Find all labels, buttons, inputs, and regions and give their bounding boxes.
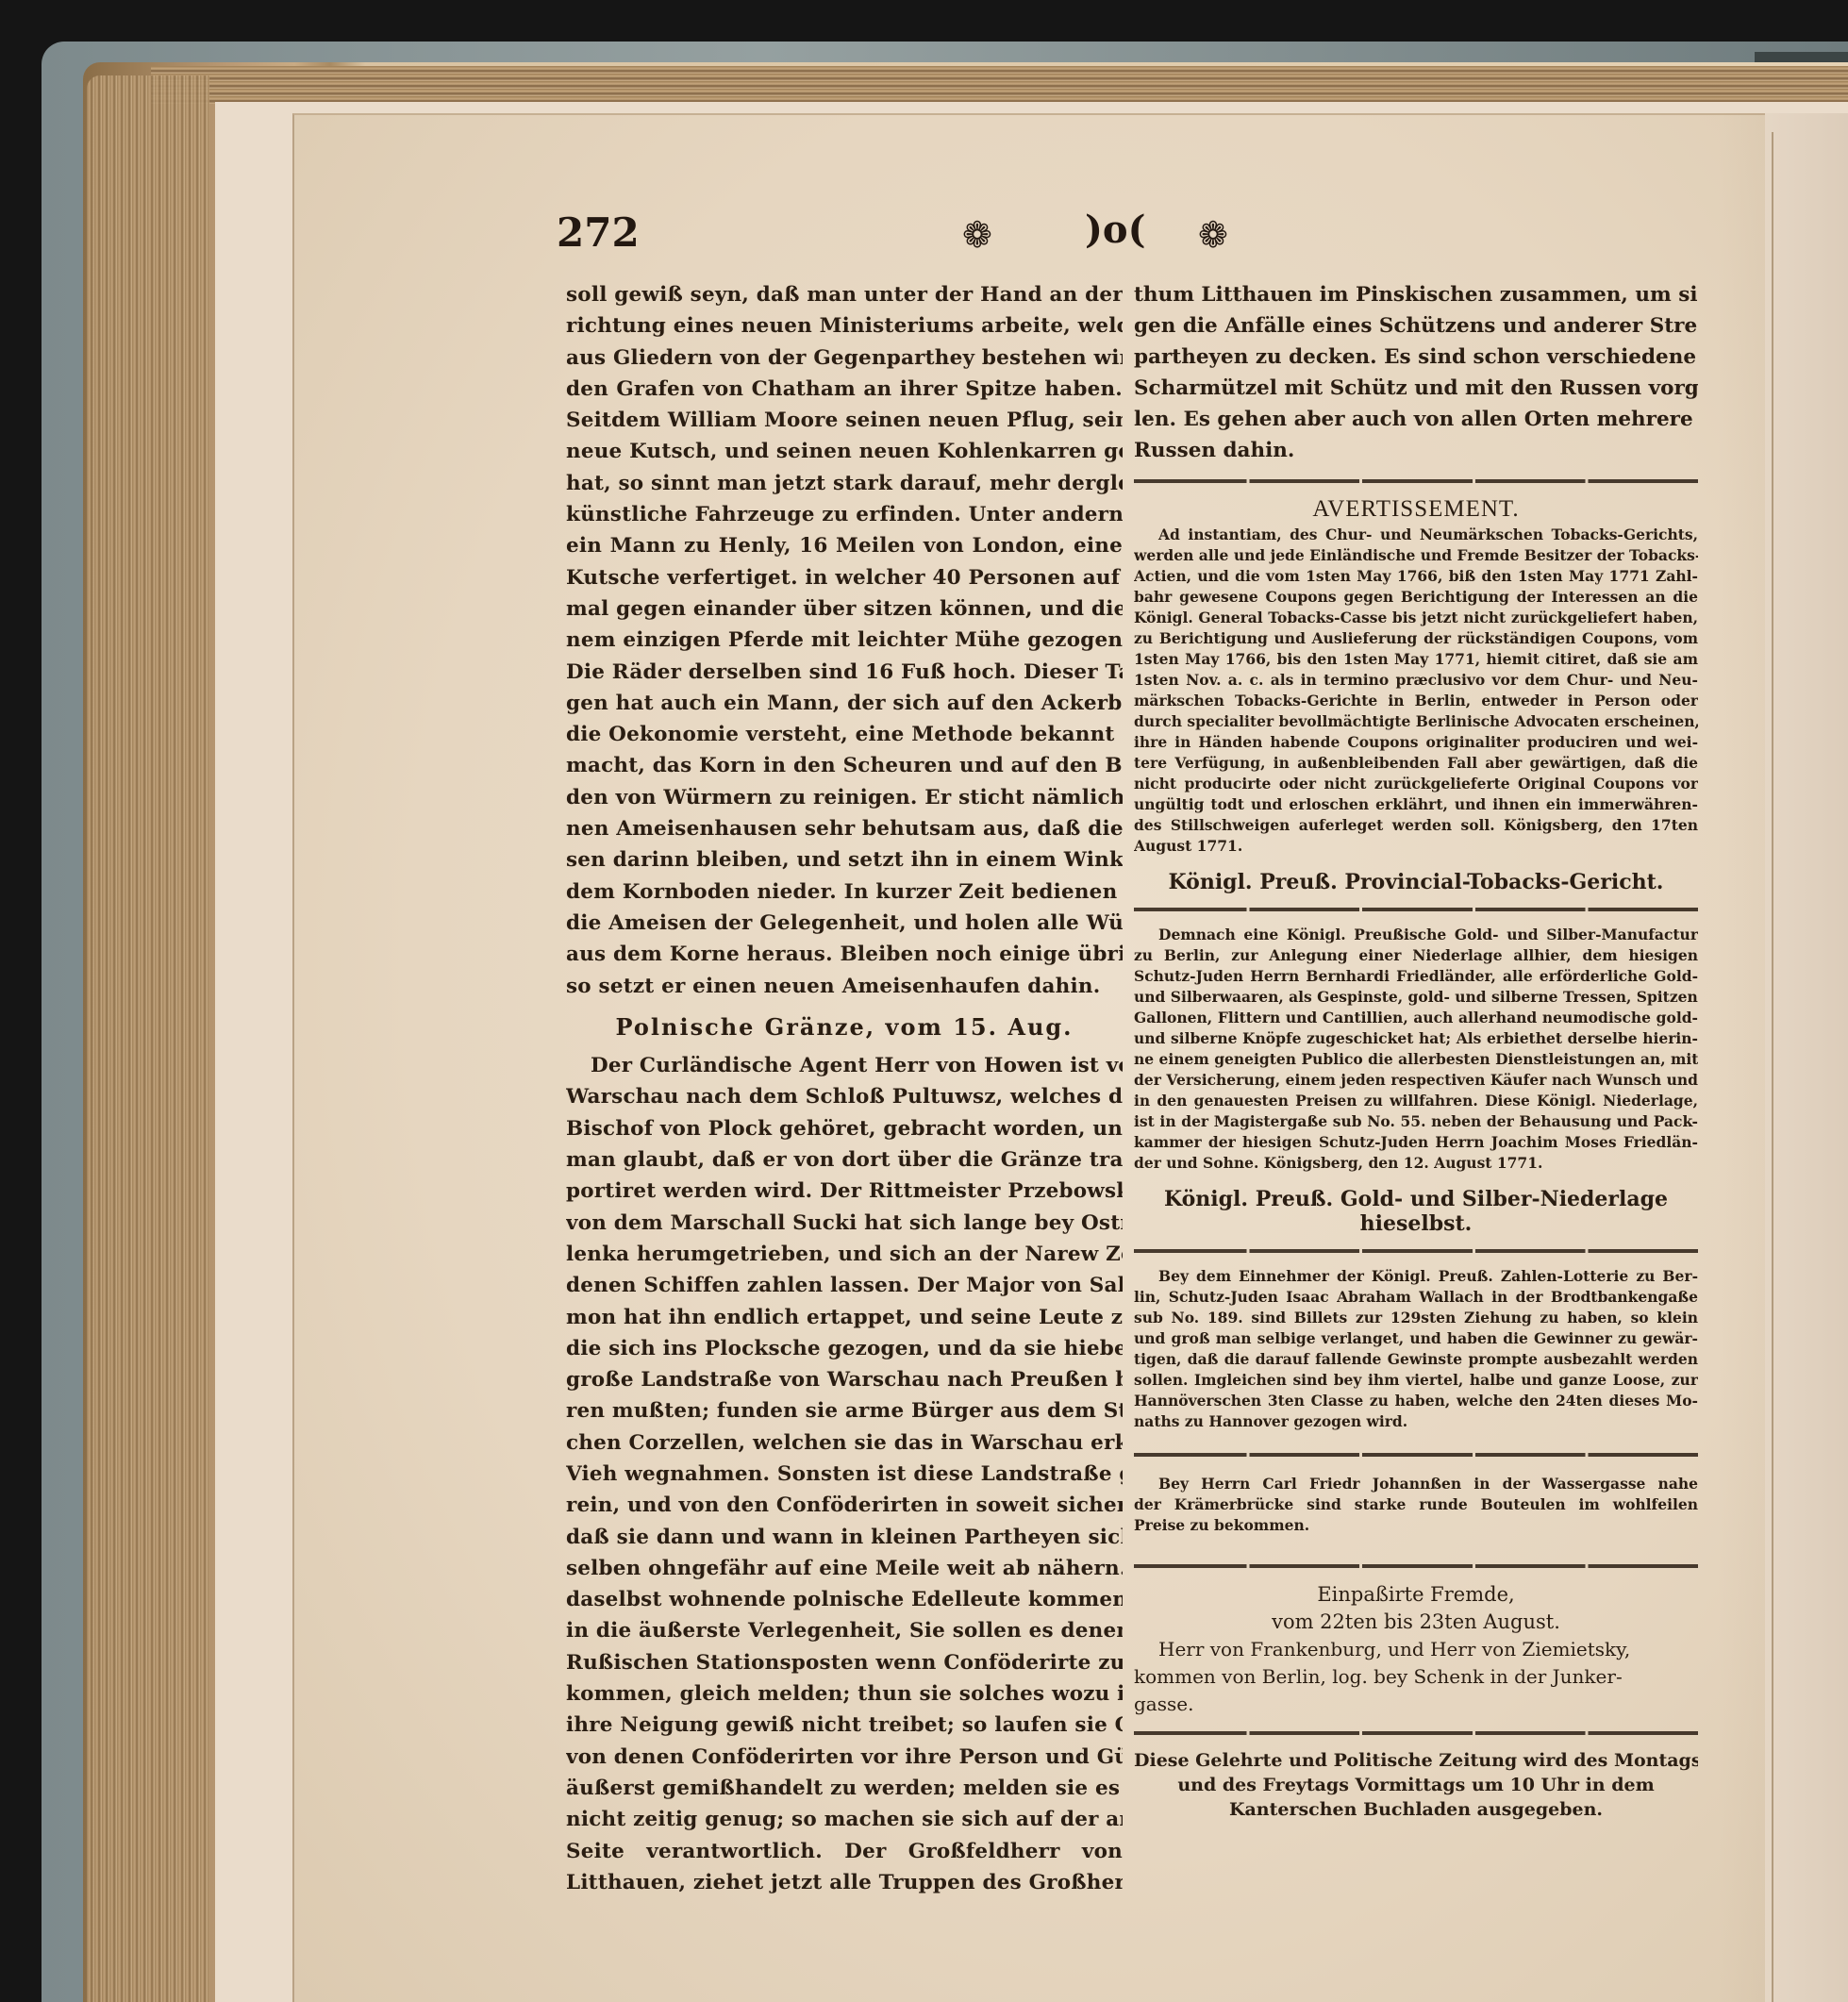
text-line: und silberne Knöpfe zugeschicket hat; Al… [1134, 1028, 1698, 1049]
text-line: kommen, gleich melden; thun sie solches … [566, 1678, 1123, 1710]
text-line: ungültig todt und erloschen erklährt, un… [1134, 794, 1698, 815]
text-line: so setzt er einen neuen Ameisenhaufen da… [566, 971, 1123, 1002]
text-line: ren mußten; funden sie arme Bürger aus d… [566, 1395, 1123, 1426]
text-line: aus dem Korne heraus. Bleiben noch einig… [566, 939, 1123, 970]
page-fore-edge [87, 75, 209, 2002]
avertissement-signature: Königl. Preuß. Provincial-Tobacks-Gerich… [1134, 870, 1698, 894]
gutter-shade [1717, 113, 1848, 2002]
text-line: Hannöverschen 3ten Classe zu haben, welc… [1134, 1391, 1698, 1411]
text-line: Russen dahin. [1134, 435, 1698, 466]
text-line: werden alle und jede Einländische und Fr… [1134, 545, 1698, 566]
text-line: Ad instantiam, des Chur- und Neumärksche… [1134, 525, 1698, 545]
section-divider [1134, 1249, 1698, 1253]
text-line: lenka herumgetrieben, und sich an der Na… [566, 1239, 1123, 1270]
text-line: daselbst wohnende polnische Edelleute ko… [566, 1584, 1123, 1615]
text-line: sollen. Imgleichen sind bey ihm viertel,… [1134, 1370, 1698, 1391]
text-line: soll gewiß seyn, daß man unter der Hand … [566, 279, 1123, 310]
text-line: Gallonen, Flittern und Cantillien, auch … [1134, 1008, 1698, 1028]
text-line: Preise zu bekommen. [1134, 1515, 1698, 1536]
text-line: gen die Anfälle eines Schützens und ande… [1134, 310, 1698, 342]
text-line: nem einzigen Pferde mit leichter Mühe ge… [566, 625, 1123, 656]
lottery-notice: Bey dem Einnehmer der Königl. Preuß. Zah… [1134, 1266, 1698, 1432]
text-line: ist in der Magistergaße sub No. 55. nebe… [1134, 1111, 1698, 1132]
text-line: ne einem geneigten Publico die allerbest… [1134, 1049, 1698, 1070]
section-divider [1134, 1731, 1698, 1735]
text-line: gen hat auch ein Mann, der sich auf den … [566, 688, 1123, 719]
text-line: in die äußerste Verlegenheit, Sie sollen… [566, 1615, 1123, 1646]
text-line: Kutsche verfertiget. in welcher 40 Perso… [566, 562, 1123, 593]
text-line: selben ohngefähr auf eine Meile weit ab … [566, 1553, 1123, 1584]
text-line: gasse. [1134, 1691, 1698, 1718]
section-title-polish-border: Polnische Gränze, vom 15. Aug. [566, 1011, 1123, 1043]
page-head-edge [151, 66, 1848, 104]
text-line: zu Berlin, zur Anlegung einer Niederlage… [1134, 945, 1698, 966]
text-line: partheyen zu decken. Es sind schon versc… [1134, 342, 1698, 373]
text-line: tigen, daß die darauf fallende Gewinste … [1134, 1349, 1698, 1370]
text-line: der Versicherung, einem jeden respective… [1134, 1070, 1698, 1091]
text-line: äußerst gemißhandelt zu werden; melden s… [566, 1773, 1123, 1804]
text-line: mal gegen einander über sitzen können, u… [566, 593, 1123, 625]
text-line: den von Würmern zu reinigen. Er sticht n… [566, 782, 1123, 813]
text-line: denen Schiffen zahlen lassen. Der Major … [566, 1270, 1123, 1301]
text-line: Diese Gelehrte und Politische Zeitung wi… [1134, 1748, 1698, 1773]
text-line: rein, und von den Conföderirten in sowei… [566, 1490, 1123, 1521]
avertissement-body: Ad instantiam, des Chur- und Neumärksche… [1134, 525, 1698, 857]
right-column: thum Litthauen im Pinskischen zusammen, … [1134, 279, 1698, 1822]
publication-notice: Diese Gelehrte und Politische Zeitung wi… [1134, 1748, 1698, 1822]
text-line: Die Räder derselben sind 16 Fuß hoch. Di… [566, 657, 1123, 688]
text-line: nicht producirte oder nicht zurückgelief… [1134, 774, 1698, 794]
text-line: die Oekonomie versteht, eine Methode bek… [566, 719, 1123, 750]
arrivals-body: Herr von Frankenburg, und Herr von Ziemi… [1134, 1636, 1698, 1718]
left-column: soll gewiß seyn, daß man unter der Hand … [566, 279, 1123, 1898]
text-line: Seitdem William Moore seinen neuen Pflug… [566, 405, 1123, 436]
shell-ornament-icon: ❁ [1198, 217, 1228, 253]
text-line: märkschen Tobacks-Gerichte in Berlin, en… [1134, 691, 1698, 711]
section-divider [1134, 1453, 1698, 1457]
text-line: Warschau nach dem Schloß Pultuwsz, welch… [566, 1081, 1123, 1112]
section-divider [1134, 1564, 1698, 1568]
page-header: 272 ❁ )o( ❁ [557, 209, 1698, 266]
text-line: neue Kutsch, und seinen neuen Kohlenkarr… [566, 436, 1123, 467]
lithuania-continuation: thum Litthauen im Pinskischen zusammen, … [1134, 279, 1698, 466]
section-divider [1134, 908, 1698, 911]
text-line: Der Curländische Agent Herr von Howen is… [566, 1050, 1123, 1081]
text-line: chen Corzellen, welchen sie das in Warsc… [566, 1427, 1123, 1459]
text-line: Seite verantwortlich. Der Großfeldherr v… [566, 1836, 1123, 1867]
text-line: von denen Conföderirten vor ihre Person … [566, 1742, 1123, 1773]
text-line: hat, so sinnt man jetzt stark darauf, me… [566, 468, 1123, 499]
avertissement-title: AVERTISSEMENT. [1134, 496, 1698, 523]
text-line: len. Es gehen aber auch von allen Orten … [1134, 404, 1698, 435]
text-line: mon hat ihn endlich ertappet, und seine … [566, 1302, 1123, 1333]
text-line: sub No. 189. sind Billets zur 129sten Zi… [1134, 1308, 1698, 1328]
center-ornament-icon: )o( [1085, 211, 1146, 249]
text-line: ein Mann zu Henly, 16 Meilen von London,… [566, 530, 1123, 561]
text-line: kammer der hiesigen Schutz-Juden Herrn J… [1134, 1132, 1698, 1153]
text-line: die Ameisen der Gelegenheit, und holen a… [566, 908, 1123, 939]
text-line: macht, das Korn in den Scheuren und auf … [566, 750, 1123, 781]
text-line: der Krämerbrücke sind starke runde Boute… [1134, 1494, 1698, 1515]
text-line: Demnach eine Königl. Preußische Gold- un… [1134, 925, 1698, 945]
text-line: zu Berichtigung und Auslieferung der rüc… [1134, 628, 1698, 649]
london-news-paragraph: soll gewiß seyn, daß man unter der Hand … [566, 279, 1123, 1002]
gold-silver-signature: Königl. Preuß. Gold- und Silber-Niederla… [1134, 1187, 1698, 1236]
text-line: Bischof von Plock gehöret, gebracht word… [566, 1113, 1123, 1144]
text-line: Litthauen, ziehet jetzt alle Truppen des… [566, 1867, 1123, 1898]
text-line: Bey dem Einnehmer der Königl. Preuß. Zah… [1134, 1266, 1698, 1287]
shell-ornament-icon: ❁ [962, 217, 992, 253]
polish-border-paragraph: Der Curländische Agent Herr von Howen is… [566, 1050, 1123, 1898]
gold-silver-notice: Demnach eine Königl. Preußische Gold- un… [1134, 925, 1698, 1174]
gutter-line [1772, 132, 1773, 2002]
text-line: der und Sohne. Königsberg, den 12. Augus… [1134, 1153, 1698, 1174]
text-line: Scharmützel mit Schütz und mit den Russe… [1134, 373, 1698, 404]
arrivals-subtitle: vom 22ten bis 23ten August. [1134, 1609, 1698, 1636]
text-line: Herr von Frankenburg, und Herr von Ziemi… [1134, 1636, 1698, 1663]
text-line: und des Freytags Vormittags um 10 Uhr in… [1134, 1773, 1698, 1797]
text-line: Schutz-Juden Herrn Bernhardi Friedländer… [1134, 966, 1698, 987]
text-line: Königl. General Tobacks-Casse bis jetzt … [1134, 608, 1698, 628]
text-line: richtung eines neuen Ministeriums arbeit… [566, 310, 1123, 342]
arrivals-title: Einpaßirte Fremde, [1134, 1581, 1698, 1609]
text-line: große Landstraße von Warschau nach Preuß… [566, 1364, 1123, 1395]
text-line: durch specialiter bevollmächtigte Berlin… [1134, 711, 1698, 732]
text-line: und Silberwaaren, als Gespinste, gold- u… [1134, 987, 1698, 1008]
text-line: nicht zeitig genug; so machen sie sich a… [566, 1804, 1123, 1835]
text-line: von dem Marschall Sucki hat sich lange b… [566, 1208, 1123, 1239]
text-line: lin, Schutz-Juden Isaac Abraham Wallach … [1134, 1287, 1698, 1308]
text-line: in den genauesten Preisen zu willfahren.… [1134, 1091, 1698, 1111]
text-line: Rußischen Stationsposten wenn Conföderir… [566, 1647, 1123, 1678]
text-line: Kanterschen Buchladen ausgegeben. [1134, 1797, 1698, 1822]
text-line: und groß man selbige verlanget, und habe… [1134, 1328, 1698, 1349]
text-line: 1sten May 1766, bis den 1sten May 1771, … [1134, 649, 1698, 670]
text-line: bahr gewesene Coupons gegen Berichtigung… [1134, 587, 1698, 608]
bottle-notice: Bey Herrn Carl Friedr Johannßen in der W… [1134, 1474, 1698, 1536]
text-line: kommen von Berlin, log. bey Schenk in de… [1134, 1663, 1698, 1691]
text-line: Vieh wegnahmen. Sonsten ist diese Landst… [566, 1459, 1123, 1490]
text-line: sen darinn bleiben, und setzt ihn in ein… [566, 844, 1123, 876]
text-line: künstliche Fahrzeuge zu erfinden. Unter … [566, 499, 1123, 530]
text-line: die sich ins Plocksche gezogen, und da s… [566, 1333, 1123, 1364]
page-number: 272 [557, 209, 640, 256]
text-line: thum Litthauen im Pinskischen zusammen, … [1134, 279, 1698, 310]
text-line: nen Ameisenhausen sehr behutsam aus, daß… [566, 813, 1123, 844]
text-line: dem Kornboden nieder. In kurzer Zeit bed… [566, 876, 1123, 908]
text-line: ihre in Händen habende Coupons originali… [1134, 732, 1698, 753]
text-line: naths zu Hannover gezogen wird. [1134, 1411, 1698, 1432]
text-line: des Stillschweigen auferleget werden sol… [1134, 815, 1698, 836]
text-line: man glaubt, daß er von dort über die Grä… [566, 1144, 1123, 1176]
text-line: aus Gliedern von der Gegenparthey besteh… [566, 342, 1123, 374]
text-line: Actien, und die vom 1sten May 1766, biß … [1134, 566, 1698, 587]
section-divider [1134, 479, 1698, 483]
text-line: Bey Herrn Carl Friedr Johannßen in der W… [1134, 1474, 1698, 1494]
text-line: 1sten Nov. a. c. als in termino præclusi… [1134, 670, 1698, 691]
text-line: daß sie dann und wann in kleinen Parthey… [566, 1522, 1123, 1553]
text-line: ihre Neigung gewiß nicht treibet; so lau… [566, 1710, 1123, 1741]
text-line: tere Verfügung, in außenbleibenden Fall … [1134, 753, 1698, 774]
text-line: portiret werden wird. Der Rittmeister Pr… [566, 1176, 1123, 1207]
text-line: den Grafen von Chatham an ihrer Spitze h… [566, 374, 1123, 405]
text-line: August 1771. [1134, 836, 1698, 857]
